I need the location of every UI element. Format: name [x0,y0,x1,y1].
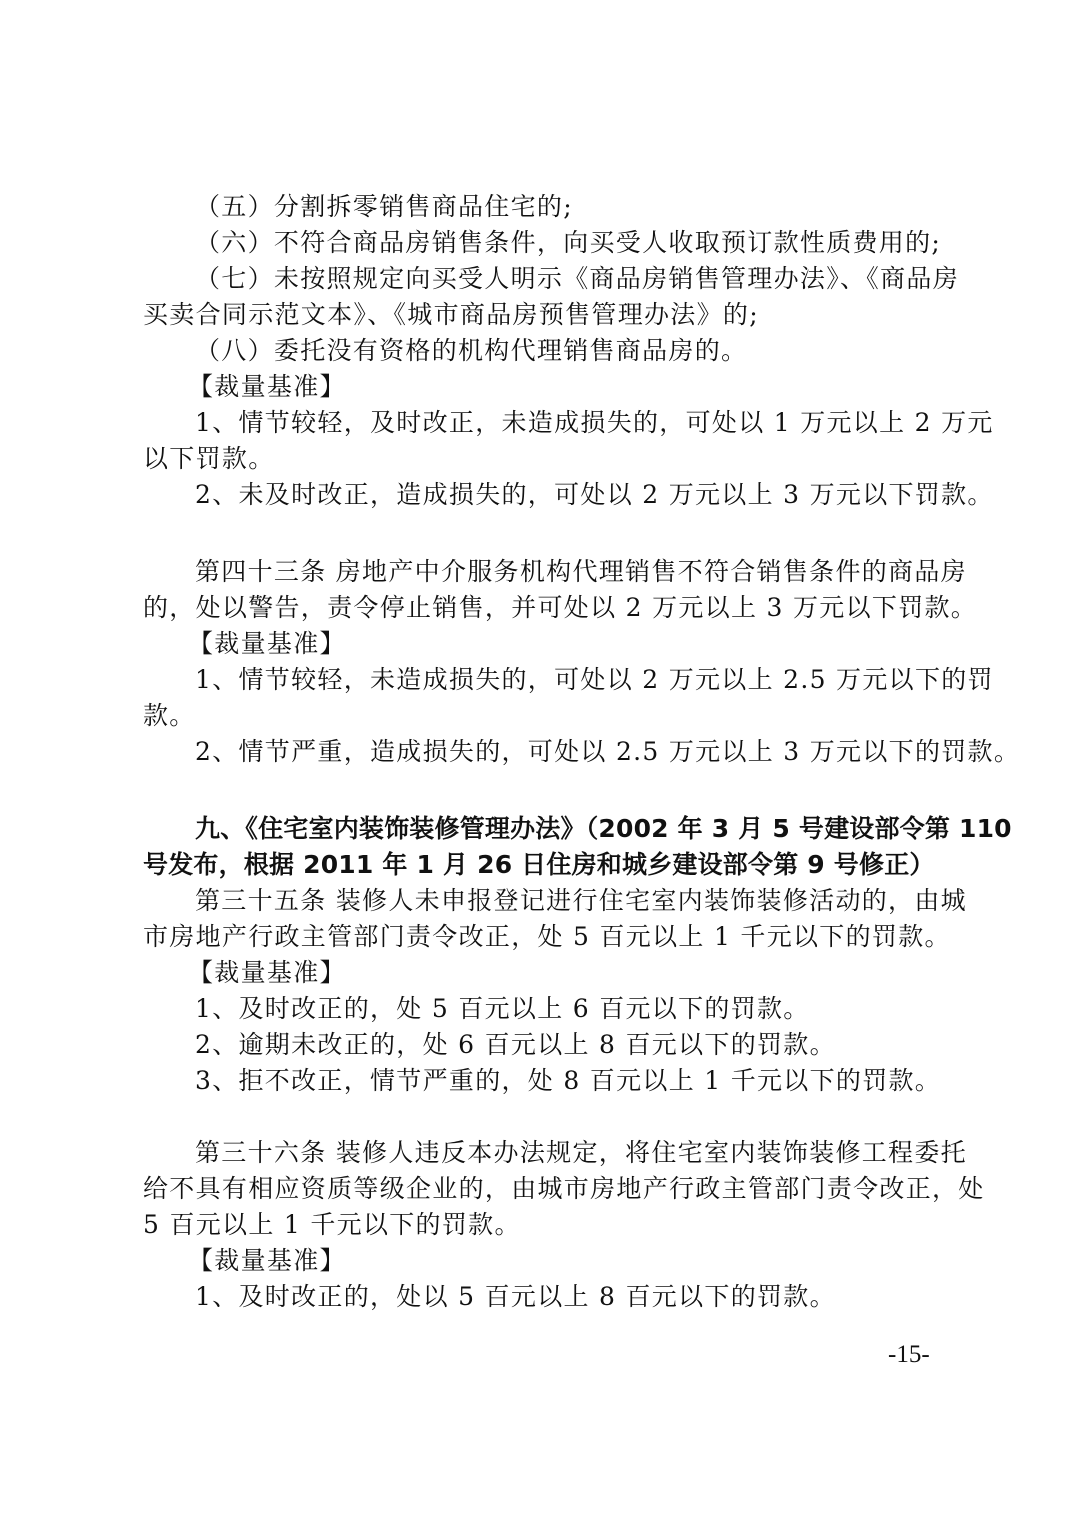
article-35-standard-1: 1、及时改正的，处 5 百元以上 6 百元以下的罚款。 [195,991,810,1027]
discretion-standard-heading: 【裁量基准】 [188,1243,346,1279]
standard-1-line1: 1、情节较轻，及时改正，未造成损失的，可处以 1 万元以上 2 万元 [195,405,943,441]
section-9-heading-line1: 九、《住宅室内装饰装修管理办法》（2002 年 3 月 5 号建设部令第 110 [195,811,943,847]
clause-item-5: （五）分割拆零销售商品住宅的; [195,189,573,225]
clause-item-7-line2: 买卖合同示范文本》、《城市商品房预售管理办法》的; [143,297,759,333]
article-36-line1: 第三十六条 装修人违反本办法规定，将住宅室内装饰装修工程委托 [195,1135,943,1171]
article-35-standard-2: 2、逾期未改正的，处 6 百元以上 8 百元以下的罚款。 [195,1027,836,1063]
discretion-standard-heading: 【裁量基准】 [188,955,346,991]
article-35-standard-3: 3、拒不改正，情节严重的，处 8 百元以上 1 千元以下的罚款。 [195,1063,941,1099]
discretion-standard-heading: 【裁量基准】 [188,626,346,662]
article-35-line2: 市房地产行政主管部门责令改正，处 5 百元以上 1 千元以下的罚款。 [143,919,951,955]
discretion-standard-heading: 【裁量基准】 [188,369,346,405]
article-36-line2: 给不具有相应资质等级企业的，由城市房地产行政主管部门责令改正，处 [143,1171,943,1207]
article-35-line1: 第三十五条 装修人未申报登记进行住宅室内装饰装修活动的，由城 [195,883,943,919]
article-36-line3: 5 百元以上 1 千元以下的罚款。 [143,1207,521,1243]
article-43-standard-1-line2: 款。 [143,698,196,734]
standard-1-line2: 以下罚款。 [143,441,275,477]
article-43-standard-1-line1: 1、情节较轻，未造成损失的，可处以 2 万元以上 2.5 万元以下的罚 [195,662,943,698]
clause-item-7-line1: （七）未按照规定向买受人明示《商品房销售管理办法》、《商品房 [195,261,943,297]
clause-item-8: （八）委托没有资格的机构代理销售商品房的。 [195,333,747,369]
article-43-line1: 第四十三条 房地产中介服务机构代理销售不符合销售条件的商品房 [195,554,943,590]
article-43-standard-2: 2、情节严重，造成损失的，可处以 2.5 万元以上 3 万元以下的罚款。 [195,734,1020,770]
section-9-heading-line2: 号发布，根据 2011 年 1 月 26 日住房和城乡建设部令第 9 号修正） [143,847,935,883]
page-number: -15- [888,1340,930,1370]
article-43-line2: 的，处以警告，责令停止销售，并可处以 2 万元以上 3 万元以下罚款。 [143,590,977,626]
article-36-standard-1: 1、及时改正的，处以 5 百元以上 8 百元以下的罚款。 [195,1279,836,1315]
standard-2: 2、未及时改正，造成损失的，可处以 2 万元以上 3 万元以下罚款。 [195,477,994,513]
clause-item-6: （六）不符合商品房销售条件，向买受人收取预订款性质费用的; [195,225,941,261]
